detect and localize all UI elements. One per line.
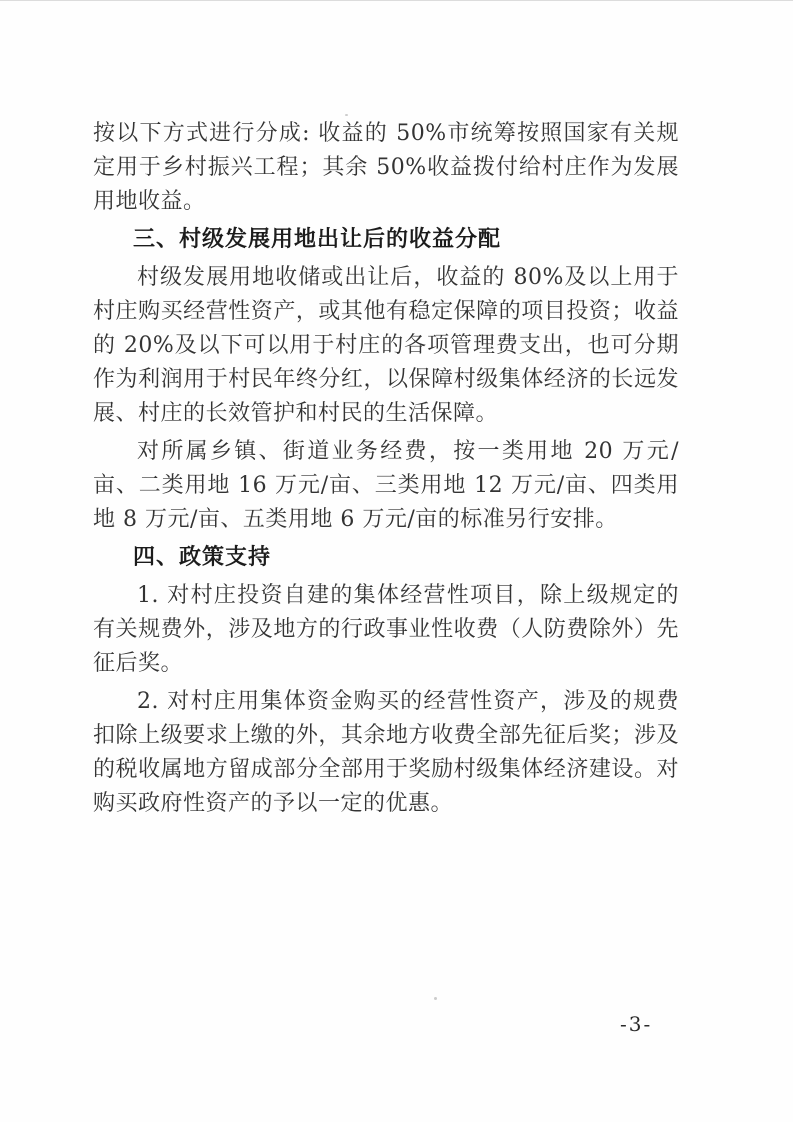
scan-edge-line: [0, 0, 793, 1]
scan-speck: [434, 997, 437, 1000]
paragraph-township-funds: 对所属乡镇、街道业务经费，按一类用地 20 万元/亩、二类用地 16 万元/亩、…: [93, 435, 679, 537]
section-heading-3-revenue-distribution: 三、村级发展用地出让后的收益分配: [93, 223, 679, 257]
document-body: 按以下方式进行分成: 收益的 50%市统筹按照国家有关规定用于乡村振兴工程；其余…: [93, 117, 679, 825]
paragraph-policy-item-1: 1. 对村庄投资自建的集体经营性项目，除上级规定的有关规费外，涉及地方的行政事业…: [93, 579, 679, 681]
paragraph-revenue-split-continuation: 按以下方式进行分成: 收益的 50%市统筹按照国家有关规定用于乡村振兴工程；其余…: [93, 117, 679, 219]
document-page: 按以下方式进行分成: 收益的 50%市统筹按照国家有关规定用于乡村振兴工程；其余…: [0, 0, 793, 1122]
section-heading-4-policy-support: 四、政策支持: [93, 541, 679, 575]
page-number: -3-: [620, 1012, 652, 1036]
scan-speck: [345, 114, 348, 116]
paragraph-policy-item-2: 2. 对村庄用集体资金购买的经营性资产，涉及的规费扣除上级要求上缴的外，其余地方…: [93, 685, 679, 821]
paragraph-revenue-usage: 村级发展用地收储或出让后，收益的 80%及以上用于村庄购买经营性资产，或其他有稳…: [93, 261, 679, 431]
